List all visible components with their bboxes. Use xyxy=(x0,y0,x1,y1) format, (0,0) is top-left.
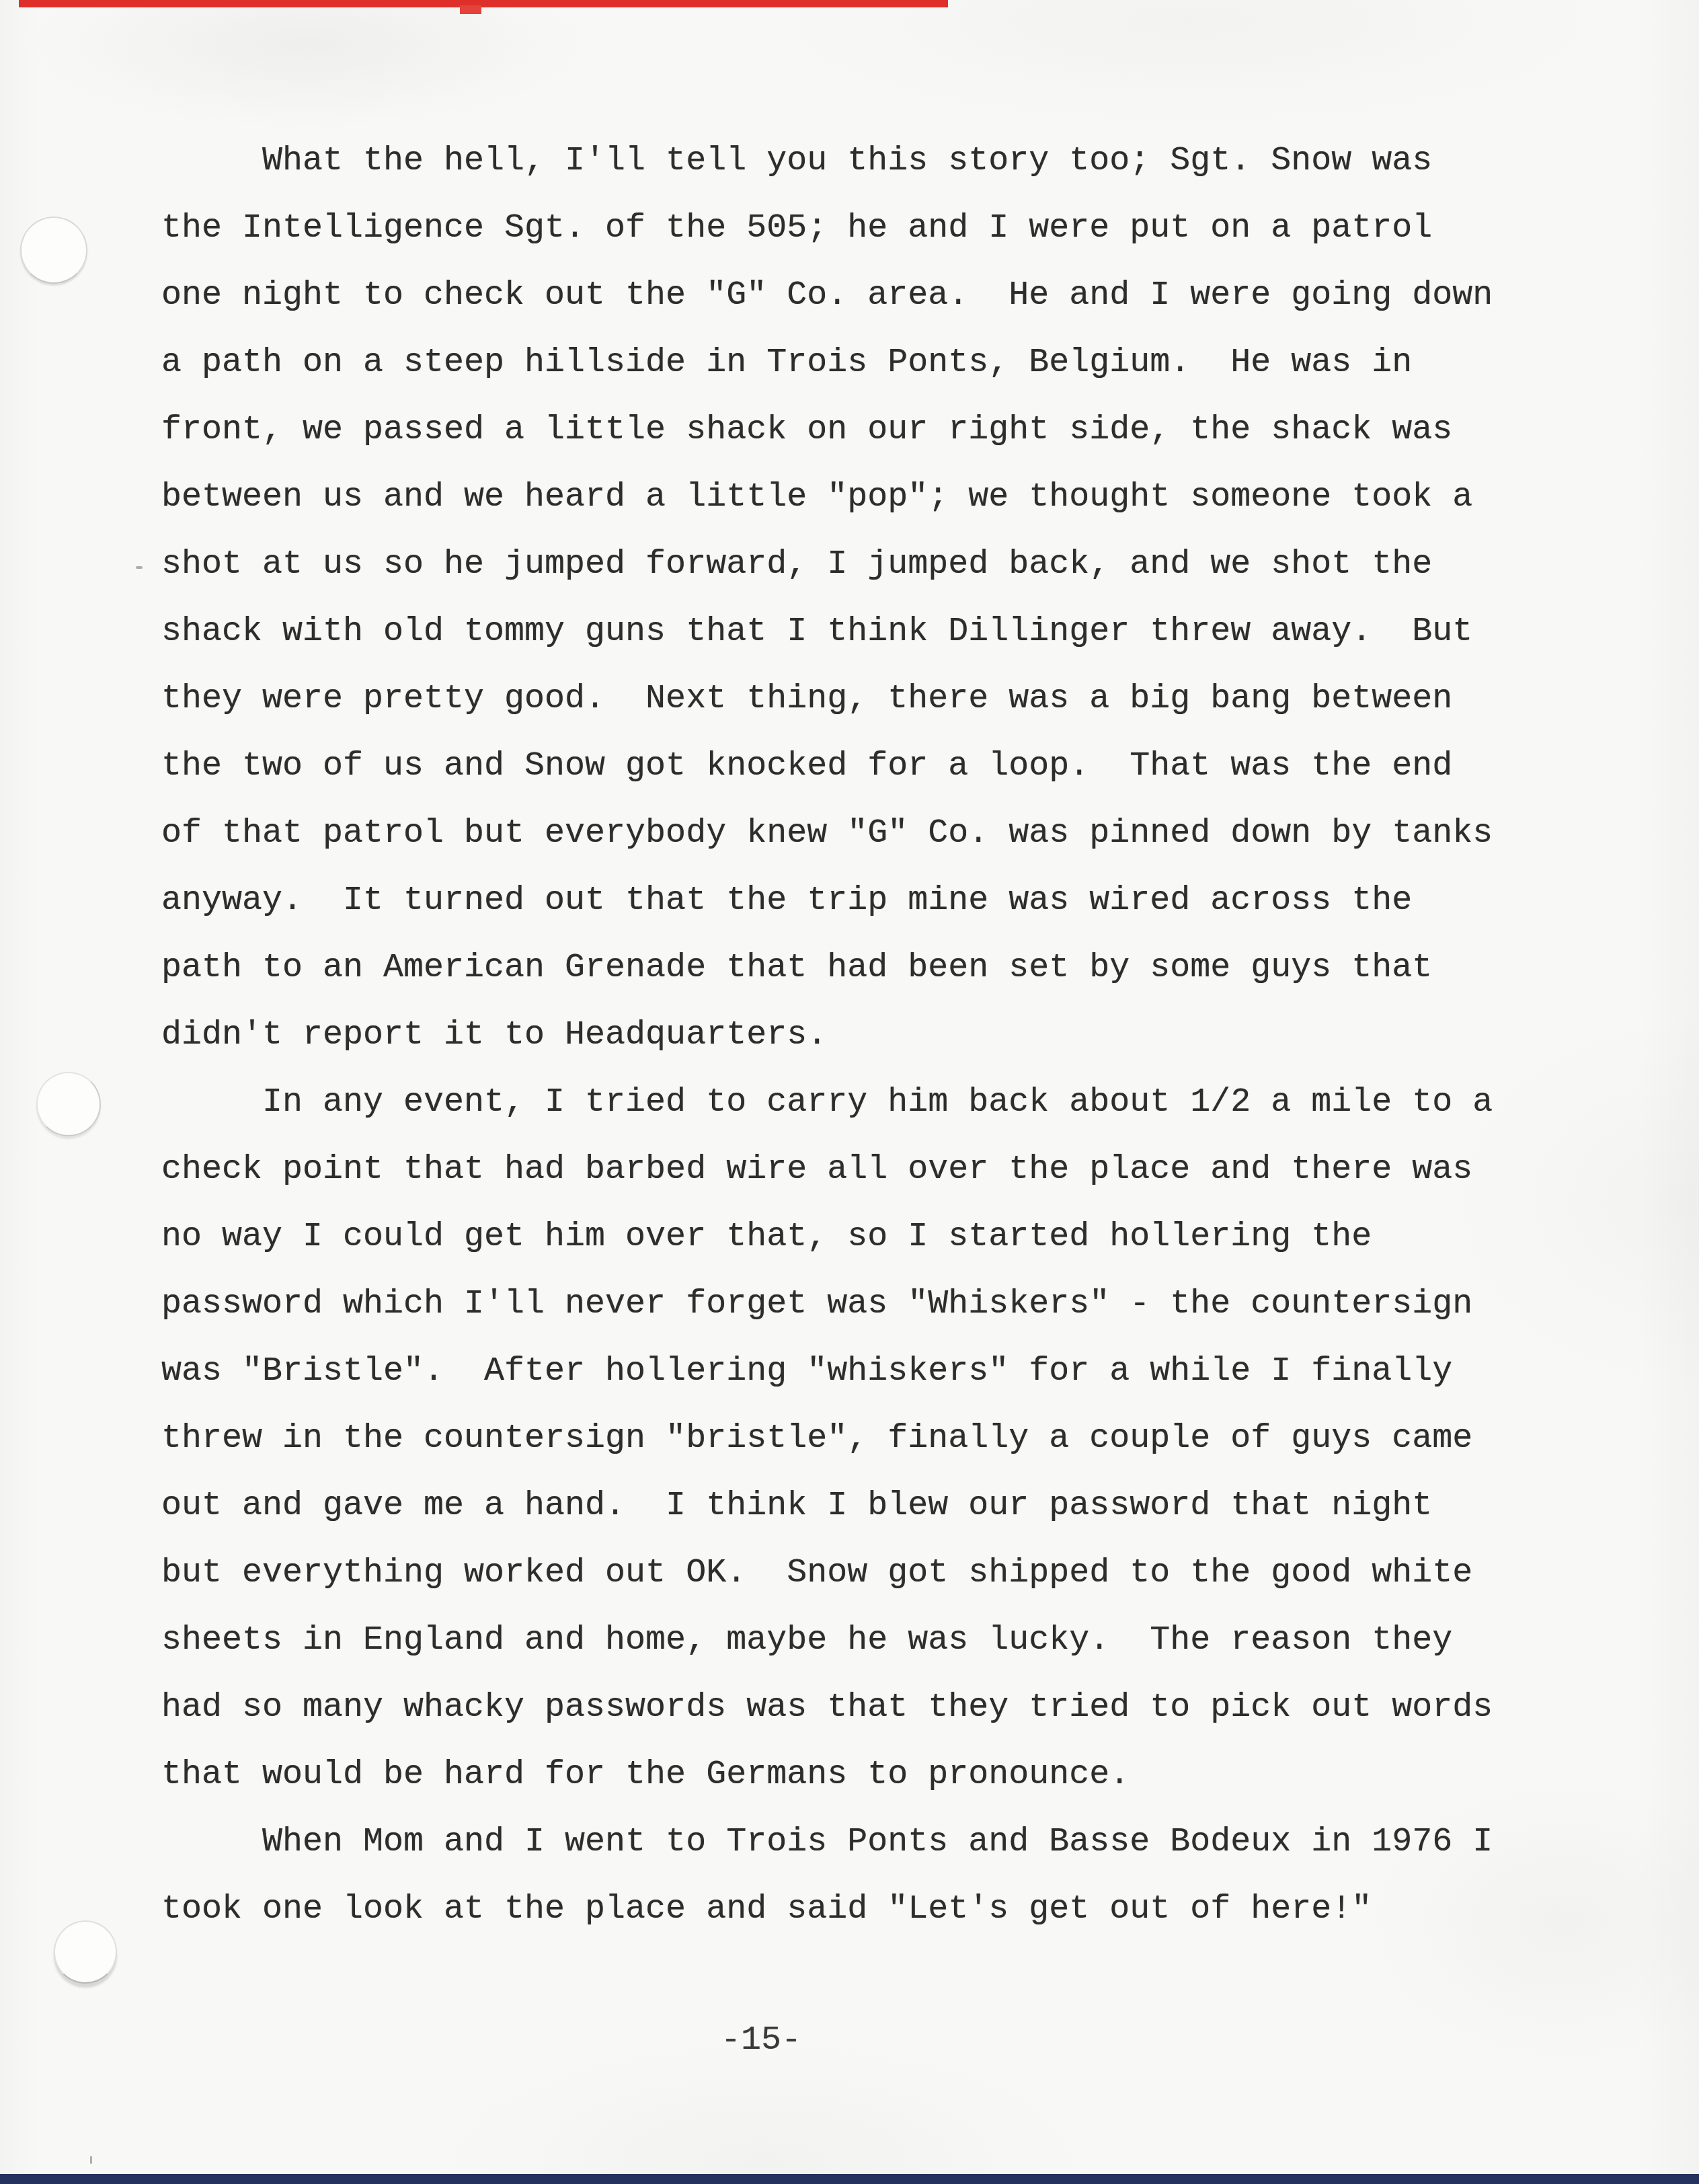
scan-edge-stripe-top xyxy=(19,0,948,7)
page-number: -15- xyxy=(721,2007,801,2074)
scan-edge-stripe-bottom xyxy=(0,2174,1699,2184)
scan-speck-left-margin xyxy=(136,566,143,569)
typewritten-body-text: What the hell, I'll tell you this story … xyxy=(161,128,1493,1943)
document-page: What the hell, I'll tell you this story … xyxy=(0,0,1699,2184)
hole-punch-bottom xyxy=(54,1920,117,1984)
hole-punch-top xyxy=(20,217,87,284)
hole-punch-middle xyxy=(36,1072,101,1136)
scan-speck-bottom xyxy=(90,2156,92,2164)
scan-edge-stripe-top-blob xyxy=(460,5,481,14)
